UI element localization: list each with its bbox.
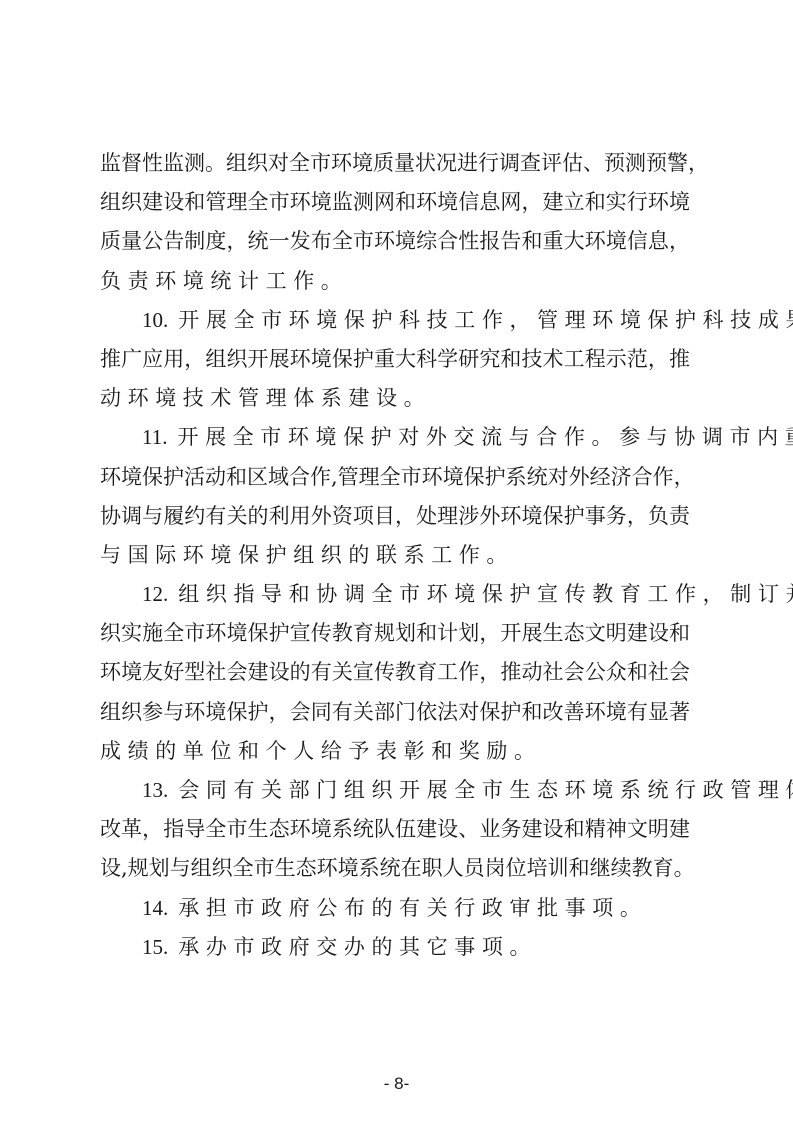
paragraph-item-14: 14.承担市政府公布的有关行政审批事项。 — [100, 889, 690, 928]
text-line: 协调与履约有关的利用外资项目，处理涉外环境保护事务，负责 — [100, 497, 690, 536]
paragraph-item-11: 11.开展全市环境保护对外交流与合作。参与协调市内重要 环境保护活动和区域合作,… — [100, 418, 690, 575]
text-line-first: 10.开展全市环境保护科技工作，管理环境保护科技成果并 — [100, 301, 690, 340]
text-line: 监督性监测。组织对全市环境质量状况进行调查评估、预测预警， — [100, 144, 690, 183]
text-line: 质量公告制度，统一发布全市环境综合性报告和重大环境信息， — [100, 222, 690, 261]
text-line: 成绩的单位和个人给予表彰和奖励。 — [100, 732, 690, 771]
text-line: 织实施全市环境保护宣传教育规划和计划，开展生态文明建设和 — [100, 614, 690, 653]
text-span: 开展全市环境保护科技工作，管理环境保护科技成果并 — [178, 308, 793, 332]
text-span: 会同有关部门组织开展全市生态环境系统行政管理体制 — [178, 778, 793, 802]
text-line: 动环境技术管理体系建设。 — [100, 379, 690, 418]
text-line-first: 12.组织指导和协调全市环境保护宣传教育工作，制订并组 — [100, 575, 690, 614]
paragraph-item-13: 13.会同有关部门组织开展全市生态环境系统行政管理体制 改革，指导全市生态环境系… — [100, 771, 690, 889]
item-number: 15. — [142, 935, 168, 959]
page-number: - 8- — [0, 1074, 793, 1094]
text-line-first: 13.会同有关部门组织开展全市生态环境系统行政管理体制 — [100, 771, 690, 810]
text-line: 与国际环境保护组织的联系工作。 — [100, 536, 690, 575]
paragraph-continuation: 监督性监测。组织对全市环境质量状况进行调查评估、预测预警， 组织建设和管理全市环… — [100, 144, 690, 301]
text-line: 改革，指导全市生态环境系统队伍建设、业务建设和精神文明建 — [100, 810, 690, 849]
text-span: 承办市政府交办的其它事项。 — [178, 935, 537, 959]
text-line-first: 11.开展全市环境保护对外交流与合作。参与协调市内重要 — [100, 418, 690, 457]
item-number: 14. — [142, 896, 168, 920]
text-line: 组织建设和管理全市环境监测网和环境信息网，建立和实行环境 — [100, 183, 690, 222]
text-line: 设,规划与组织全市生态环境系统在职人员岗位培训和继续教育。 — [100, 849, 690, 888]
text-line: 环境友好型社会建设的有关宣传教育工作，推动社会公众和社会 — [100, 653, 690, 692]
text-line: 负责环境统计工作。 — [100, 262, 690, 301]
document-body: 监督性监测。组织对全市环境质量状况进行调查评估、预测预警， 组织建设和管理全市环… — [100, 144, 690, 967]
item-number: 10. — [142, 308, 168, 332]
paragraph-item-15: 15.承办市政府交办的其它事项。 — [100, 928, 690, 967]
item-number: 13. — [142, 778, 168, 802]
text-line: 组织参与环境保护，会同有关部门依法对保护和改善环境有显著 — [100, 693, 690, 732]
item-number: 12. — [142, 582, 168, 606]
paragraph-item-10: 10.开展全市环境保护科技工作，管理环境保护科技成果并 推广应用，组织开展环境保… — [100, 301, 690, 419]
text-span: 开展全市环境保护对外交流与合作。参与协调市内重要 — [177, 425, 793, 449]
text-span: 组织指导和协调全市环境保护宣传教育工作，制订并组 — [178, 582, 793, 606]
text-line: 环境保护活动和区域合作,管理全市环境保护系统对外经济合作， — [100, 458, 690, 497]
text-line: 推广应用，组织开展环境保护重大科学研究和技术工程示范，推 — [100, 340, 690, 379]
text-span: 承担市政府公布的有关行政审批事项。 — [178, 896, 647, 920]
text-line-first: 14.承担市政府公布的有关行政审批事项。 — [100, 889, 690, 928]
text-line-first: 15.承办市政府交办的其它事项。 — [100, 928, 690, 967]
item-number: 11. — [142, 425, 167, 449]
paragraph-item-12: 12.组织指导和协调全市环境保护宣传教育工作，制订并组 织实施全市环境保护宣传教… — [100, 575, 690, 771]
